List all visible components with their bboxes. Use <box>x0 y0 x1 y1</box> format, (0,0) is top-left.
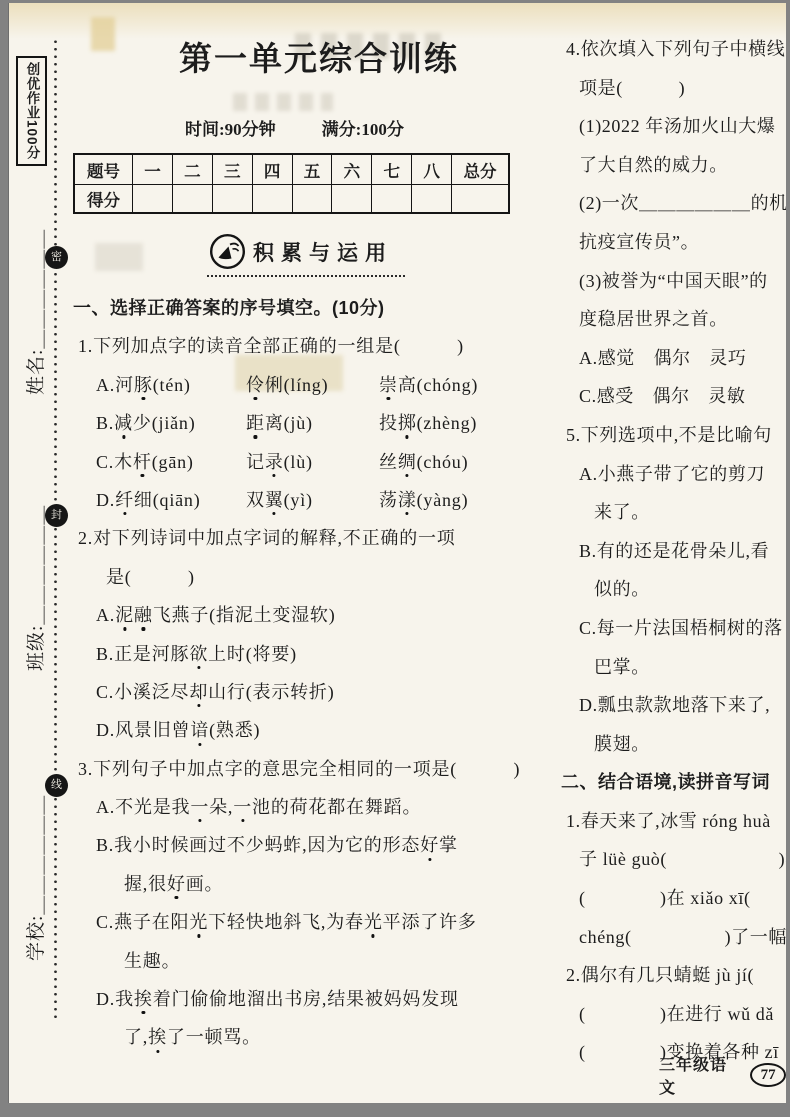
score-cell-empty <box>172 185 212 212</box>
q1-option-cell: 投掷(zhèng) <box>379 404 477 442</box>
q3-option-c: C.燕子在阳光下轻快地斜飞,为春光平添了许多 <box>73 903 547 941</box>
q5-option-a: A.小燕子带了它的剪刀 <box>549 455 786 494</box>
q3-option-d-cont: 了,挨了一顿骂。 <box>73 1018 547 1056</box>
score-cell-empty <box>451 185 508 212</box>
q4-option-c: C.感受 偶尔 灵敏 <box>549 377 786 416</box>
q3-option-b: B.我小时候画过不少蚂蚱,因为它的形态好掌 <box>73 826 547 864</box>
q3-stem: 3.下列句子中加点字的意思完全相同的一项是( ) <box>73 750 547 788</box>
student-school-field: 学校:＿＿＿＿＿＿ <box>21 795 48 961</box>
q1-option-cell: 荡漾(yàng) <box>379 481 468 519</box>
worksheet-page: 创优作业100分 密 封 线 姓名:＿＿＿＿＿＿ 班级:＿＿＿＿＿＿ 学校:＿＿… <box>8 3 786 1103</box>
p2-q2-stem: 2.偶尔有几只蜻蜓 jù jí( <box>549 956 786 995</box>
q2-option-d: D.风景旧曾谙(熟悉) <box>73 711 547 749</box>
p2-q2-line-2: ( )在进行 wǔ dǎ <box>549 995 786 1034</box>
q1-option-cell: 距离(jù) <box>246 404 379 442</box>
score-row-label: 得分 <box>75 185 132 212</box>
book-label: 三年级语文 <box>659 1052 734 1098</box>
score-table-header-cell: 六 <box>331 155 371 184</box>
student-name-field: 姓名:＿＿＿＿＿＿ <box>21 229 48 395</box>
q1-option-cell: C.木杆(gān) <box>96 443 246 481</box>
q1-option-row-a: A.河豚(tén) 伶俐(líng) 崇高(chóng) <box>73 366 547 404</box>
seal-badge-mi: 密 <box>45 246 68 269</box>
score-table-header-cell: 题号 <box>75 155 132 184</box>
q2-stem-line-1: 2.对下列诗词中加点字词的解释,不正确的一项 <box>73 519 547 557</box>
score-table-header-cell: 八 <box>411 155 451 184</box>
q1-option-cell: 记录(lù) <box>246 443 379 481</box>
q2-stem-line-2: 是( ) <box>73 558 547 596</box>
part-one-heading: 一、选择正确答案的序号填空。(10分) <box>73 289 547 327</box>
score-table: 题号 一 二 三 四 五 六 七 八 总分 得分 <box>73 153 510 214</box>
full-score-label: 满分:100分 <box>322 115 404 140</box>
student-class-field: 班级:＿＿＿＿＿＿ <box>21 505 48 671</box>
score-table-header-row: 题号 一 二 三 四 五 六 七 八 总分 <box>75 155 508 184</box>
q1-option-row-d: D.纤细(qiān) 双翼(yì) 荡漾(yàng) <box>73 481 547 519</box>
edition-label: 创优作业100分 <box>16 56 47 166</box>
scanned-worksheet: { "sidebar": { "edition_label": "创优作业100… <box>0 0 790 1117</box>
page-footer: 三年级语文 77 <box>659 1052 786 1098</box>
q4-item-2: (2)一次＿＿＿＿＿＿的机会 <box>549 184 786 223</box>
score-cell-empty <box>132 185 172 212</box>
q5-stem: 5.下列选项中,不是比喻句 <box>549 416 786 455</box>
q4-option-a: A.感觉 偶尔 灵巧 <box>549 339 786 378</box>
p2-q1-line-4: chéng( )了一幅 <box>549 918 786 957</box>
q4-item-3-cont: 度稳居世界之首。 <box>549 300 786 339</box>
q2-option-c: C.小溪泛尽却山行(表示转折) <box>73 673 547 711</box>
score-cell-empty <box>292 185 332 212</box>
p2-q1-line-3: ( )在 xiǎo xī( <box>549 879 786 918</box>
q5-option-d: D.瓢虫款款地落下来了, <box>549 686 786 725</box>
q1-option-cell: B.减少(jiǎn) <box>96 404 246 442</box>
questions-right-column: 4.依次填入下列句子中横线 项是( ) (1)2022 年汤加火山大爆 了大自然… <box>549 30 786 1072</box>
score-cell-empty <box>331 185 371 212</box>
q4-item-2-cont: 抗疫宣传员”。 <box>549 223 786 262</box>
score-table-header-cell: 七 <box>371 155 411 184</box>
scan-artifact <box>91 17 115 51</box>
time-limit-label: 时间:90分钟 <box>185 115 276 140</box>
score-cell-empty <box>212 185 252 212</box>
q1-option-row-b: B.减少(jiǎn) 距离(jù) 投掷(zhèng) <box>73 404 547 442</box>
q4-item-3: (3)被誉为“中国天眼”的 <box>549 262 786 301</box>
q1-option-row-c: C.木杆(gān) 记录(lù) 丝绸(chóu) <box>73 443 547 481</box>
q1-option-cell: 伶俐(líng) <box>246 366 379 404</box>
q2-option-b: B.正是河豚欲上时(将要) <box>73 635 547 673</box>
score-table-score-row: 得分 <box>75 184 508 212</box>
q5-option-d-cont: 膜翅。 <box>549 725 786 764</box>
questions-left-column: 一、选择正确答案的序号填空。(10分) 1.下列加点字的读音全部正确的一组是( … <box>73 289 547 1057</box>
score-table-header-cell: 二 <box>172 155 212 184</box>
q4-stem: 4.依次填入下列句子中横线 <box>549 30 786 69</box>
part-two-heading: 二、结合语境,读拼音写词 <box>549 763 786 802</box>
q1-option-cell: A.河豚(tén) <box>96 366 246 404</box>
scan-artifact <box>95 243 143 271</box>
q2-option-a: A.泥融飞燕子(指泥土变湿软) <box>73 596 547 634</box>
q3-option-d: D.我挨着门偷偷地溜出书房,结果被妈妈发现 <box>73 980 547 1018</box>
p2-q1-line-2: 子 lüè guò( )湖 <box>549 840 786 879</box>
score-table-header-cell: 四 <box>252 155 292 184</box>
q4-item-1-cont: 了大自然的威力。 <box>549 146 786 185</box>
q1-option-cell: 崇高(chóng) <box>379 366 478 404</box>
score-table-header-cell: 五 <box>292 155 332 184</box>
page-title: 第一单元综合训练 <box>179 33 459 80</box>
score-table-header-cell: 总分 <box>451 155 508 184</box>
score-cell-empty <box>411 185 451 212</box>
q4-item-1: (1)2022 年汤加火山大爆 <box>549 107 786 146</box>
q1-option-cell: 双翼(yì) <box>246 481 379 519</box>
megaphone-icon <box>209 233 246 270</box>
q5-option-b-cont: 似的。 <box>549 570 786 609</box>
exam-meta: 时间:90分钟 满分:100分 <box>185 115 404 140</box>
seal-badge-xian: 线 <box>45 774 68 797</box>
section-header: 积累与运用 <box>207 233 405 277</box>
q1-option-cell: 丝绸(chóu) <box>379 443 468 481</box>
score-table-header-cell: 一 <box>132 155 172 184</box>
seal-badge-feng: 封 <box>45 504 68 527</box>
page-number-badge: 77 <box>750 1063 786 1087</box>
q5-option-c-cont: 巴掌。 <box>549 648 786 687</box>
seal-dotted-line <box>54 38 57 1020</box>
scan-artifact <box>233 93 333 111</box>
score-table-header-cell: 三 <box>212 155 252 184</box>
q3-option-a: A.不光是我一朵,一池的荷花都在舞蹈。 <box>73 788 547 826</box>
q5-option-a-cont: 来了。 <box>549 493 786 532</box>
q5-option-c: C.每一片法国梧桐树的落 <box>549 609 786 648</box>
q5-option-b: B.有的还是花骨朵儿,看 <box>549 532 786 571</box>
score-cell-empty <box>371 185 411 212</box>
p2-q1-stem: 1.春天来了,冰雪 róng huà <box>549 802 786 841</box>
q1-stem: 1.下列加点字的读音全部正确的一组是( ) <box>73 327 547 365</box>
q4-stem-cont: 项是( ) <box>549 69 786 108</box>
score-cell-empty <box>252 185 292 212</box>
q3-option-c-cont: 生趣。 <box>73 942 547 980</box>
q1-option-cell: D.纤细(qiān) <box>96 481 246 519</box>
section-title: 积累与运用 <box>253 237 393 267</box>
q3-option-b-cont: 握,很好画。 <box>73 865 547 903</box>
